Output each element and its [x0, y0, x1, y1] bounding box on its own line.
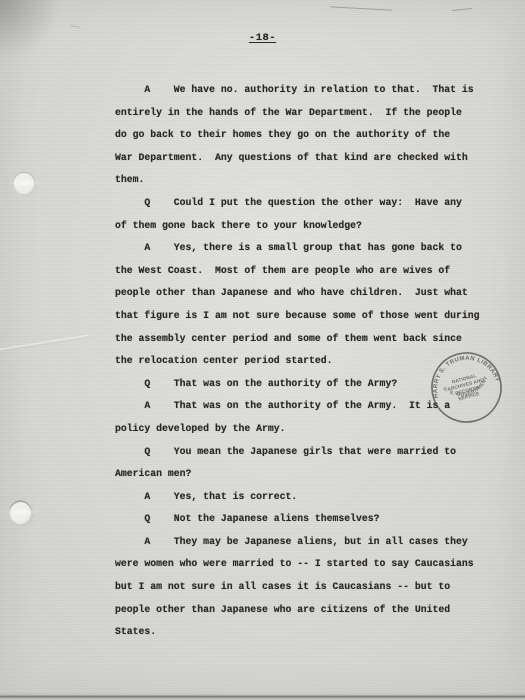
- typescript-line: A Yes, there is a small group that has g…: [115, 237, 515, 260]
- typescript-line: of them gone back there to your knowledg…: [115, 215, 515, 238]
- scratch-mark: [330, 6, 392, 10]
- typescript-line: A We have no. authority in relation to t…: [115, 79, 515, 102]
- punch-hole-bottom: [10, 502, 31, 523]
- typescript-line: entirely in the hands of the War Departm…: [115, 102, 515, 125]
- typescript-line: people other than Japanese and who have …: [115, 282, 515, 305]
- punch-hole-top: [14, 173, 34, 193]
- typescript-line: Q Could I put the question the other way…: [115, 192, 515, 215]
- typescript-line: the assembly center period and some of t…: [115, 328, 515, 351]
- typescript-line: the West Coast. Most of them are people …: [115, 260, 515, 283]
- typescript-line: A Yes, that is correct.: [115, 486, 515, 509]
- typescript-line: Q Not the Japanese aliens themselves?: [115, 508, 515, 531]
- typescript-line: American men?: [115, 463, 515, 486]
- document-page: -18- A We have no. authority in relation…: [0, 0, 525, 700]
- scratch-mark: [70, 25, 80, 28]
- page-bottom-edge: [0, 693, 525, 700]
- typescript-line: do go back to their homes they go on the…: [115, 124, 515, 147]
- typescript-line: States.: [115, 621, 515, 644]
- paper-crease: [0, 335, 90, 353]
- typescript-line: War Department. Any questions of that ki…: [115, 147, 515, 170]
- typescript-line: but I am not sure in all cases it is Cau…: [115, 576, 515, 599]
- typescript-line: them.: [115, 169, 515, 192]
- typescript-line: people other than Japanese who are citiz…: [115, 599, 515, 622]
- scratch-mark: [452, 8, 472, 11]
- typescript-line: Q You mean the Japanese girls that were …: [115, 441, 515, 464]
- typescript-line: were women who were married to -- I star…: [115, 553, 515, 576]
- typescript-line: A They may be Japanese aliens, but in al…: [115, 531, 515, 554]
- page-number: -18-: [0, 32, 525, 44]
- typescript-line: that figure is I am not sure because som…: [115, 305, 515, 328]
